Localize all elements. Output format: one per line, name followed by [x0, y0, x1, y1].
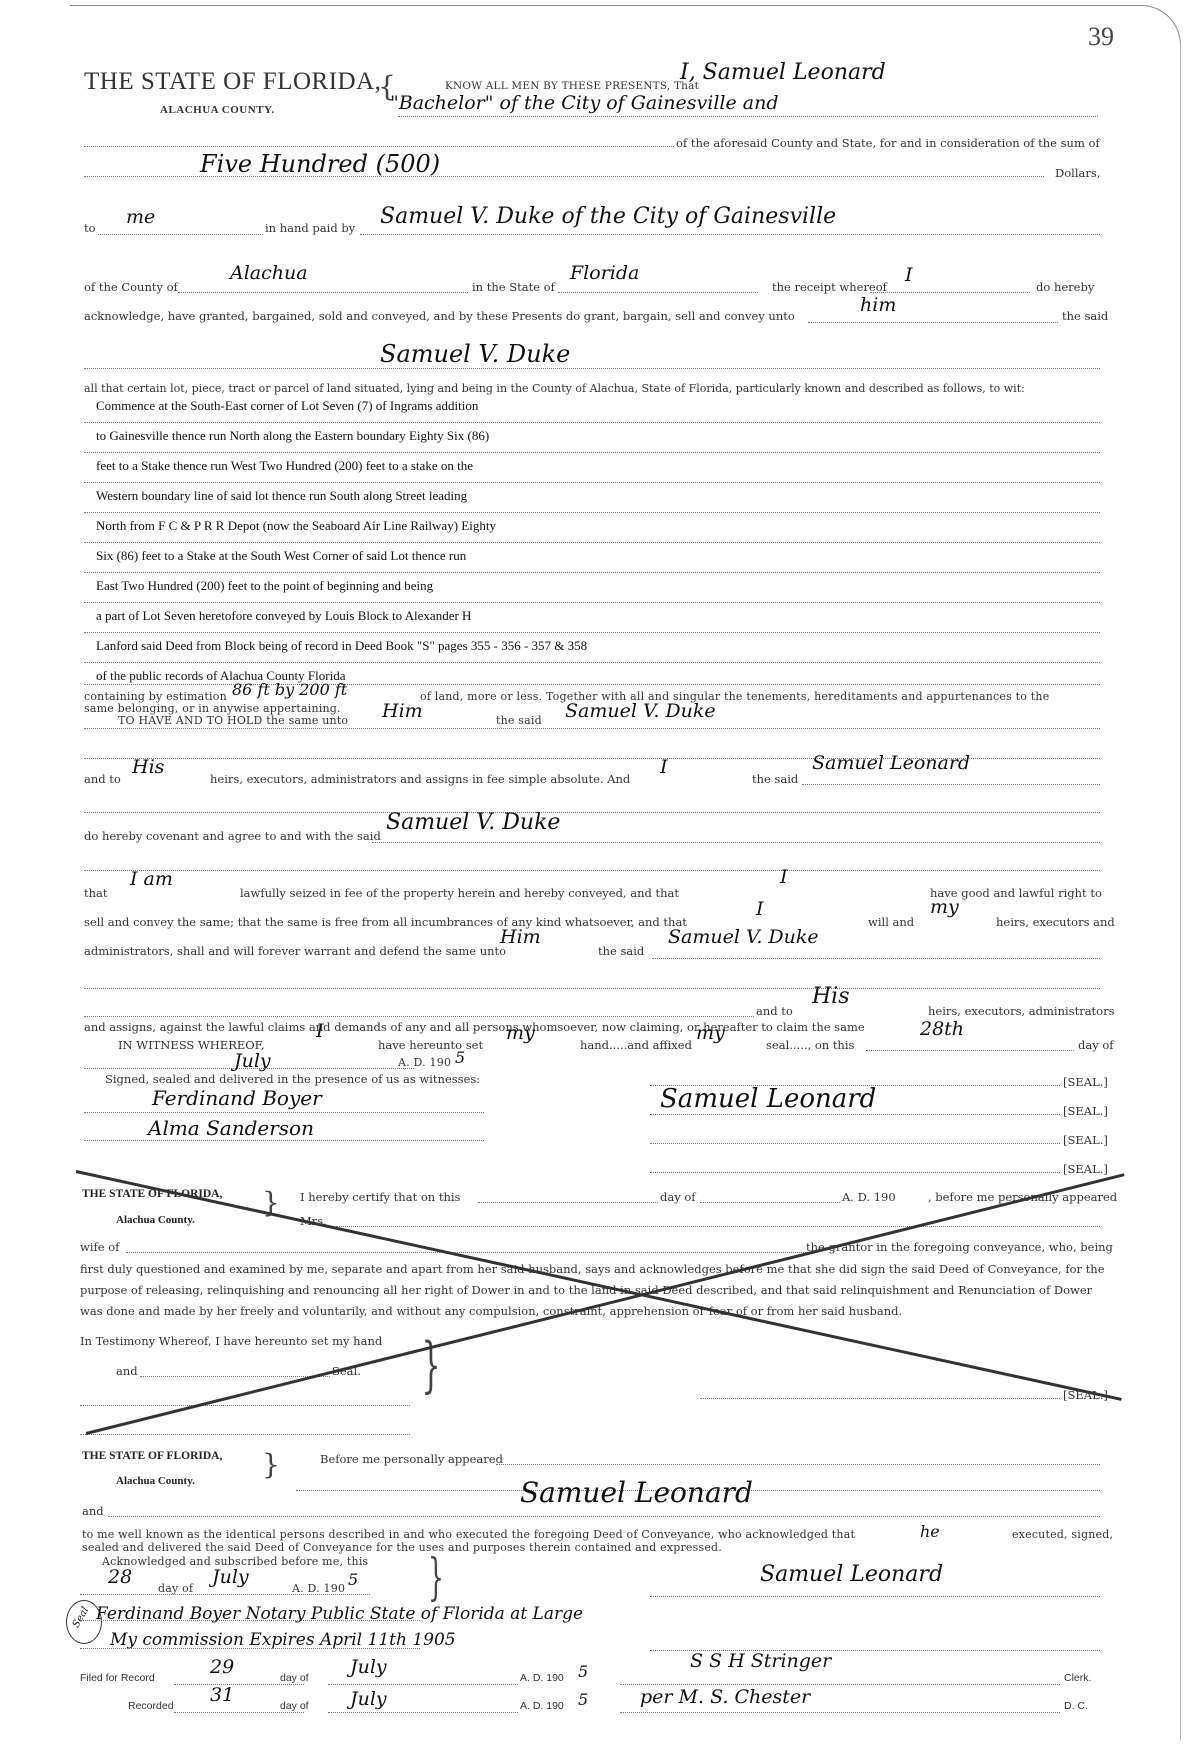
county-title: ALACHUA COUNTY.	[160, 104, 275, 116]
seal-label: [SEAL.]	[1063, 1133, 1108, 1147]
habendum-value: Him	[382, 700, 423, 722]
habendum-name: Samuel V. Duke	[565, 700, 716, 722]
seized-that-value: I am	[130, 868, 173, 890]
page-number: 39	[1088, 22, 1114, 52]
payer-value: Samuel V. Duke of the City of Gainesvill…	[380, 204, 836, 229]
legal-line: East Two Hundred (200) feet to the point…	[96, 578, 433, 594]
witness-signature-2: Alma Sanderson	[148, 1116, 314, 1140]
heirs-and-value: I	[660, 756, 668, 778]
legal-line: to Gainesville thence run North along th…	[96, 428, 489, 444]
heirs-and-to-value: His	[132, 756, 164, 778]
recorded-year-value: 5	[578, 1690, 588, 1709]
ack-day-value: 28	[108, 1566, 132, 1588]
grantee-value: Samuel V. Duke	[380, 340, 570, 368]
deed-page: 39 THE STATE OF FLORIDA, ALACHUA COUNTY.…	[0, 0, 1200, 1745]
seal-label: [SEAL.]	[1063, 1075, 1108, 1089]
legal-line: a part of Lot Seven heretofore conveyed …	[96, 608, 471, 624]
unto-value: him	[860, 294, 896, 316]
filed-day-value: 29	[210, 1656, 234, 1678]
recorded-month-value: July	[350, 1688, 387, 1710]
grantor-name: I, Samuel Leonard	[680, 60, 886, 85]
recorded-day-value: 31	[210, 1684, 234, 1706]
witness-my1: my	[506, 1022, 535, 1044]
page-border-right	[1180, 40, 1181, 1740]
page-border-top	[70, 5, 1100, 6]
ack-year-value: 5	[348, 1570, 358, 1589]
legal-line: North from F C & P R R Depot (now the Se…	[96, 518, 496, 534]
legal-line: Western boundary line of said lot thence…	[96, 488, 467, 504]
consideration-text: of the aforesaid County and State, for a…	[676, 136, 1100, 150]
grantor-description: "Bachelor" of the City of Gainesville an…	[390, 92, 779, 114]
witness-signature-1: Ferdinand Boyer	[152, 1086, 322, 1110]
description-intro: all that certain lot, piece, tract or pa…	[84, 382, 1025, 395]
notary-line: Ferdinand Boyer Notary Public State of F…	[96, 1604, 583, 1624]
clerk-value: S S H Stringer	[690, 1650, 831, 1672]
filed-month-value: July	[350, 1656, 387, 1678]
brace: }	[262, 1448, 280, 1481]
seal-label: [SEAL.]	[1063, 1162, 1108, 1176]
warrant-unto-value: Him	[500, 926, 541, 948]
legal-line: feet to a Stake thence run West Two Hund…	[96, 458, 473, 474]
warrant-said-value: Samuel V. Duke	[668, 926, 819, 948]
witness-who-value: I	[316, 1020, 324, 1042]
witness-day-value: 28th	[920, 1018, 964, 1040]
witness-year-value: 5	[455, 1048, 465, 1067]
seized-that2-value: I	[780, 866, 788, 888]
paid-to-value: me	[126, 206, 155, 228]
ack-signature: Samuel Leonard	[760, 1562, 943, 1587]
containing-tail: of land, more or less. Together with all…	[420, 690, 1049, 703]
grantor-signature: Samuel Leonard	[660, 1084, 876, 1114]
brace: }	[428, 1548, 444, 1606]
ack-month-value: July	[212, 1566, 249, 1588]
covenant-value: Samuel V. Duke	[386, 810, 560, 835]
legal-line: Six (86) feet to a Stake at the South We…	[96, 548, 466, 564]
witness-my2: my	[696, 1022, 725, 1044]
consideration-amount: Five Hundred (500)	[200, 150, 440, 178]
state-title: THE STATE OF FLORIDA,	[84, 68, 381, 96]
receipt-value: I	[905, 264, 913, 286]
heirs-said-value: Samuel Leonard	[812, 752, 970, 774]
acknowledgment-he-value: he	[920, 1522, 940, 1541]
assigns-and-to-value: His	[812, 984, 850, 1009]
dollars-label: Dollars,	[1055, 166, 1100, 180]
acknowledgment-appeared-value: Samuel Leonard	[520, 1476, 753, 1509]
seal-label: [SEAL.]	[1063, 1104, 1108, 1118]
brace: }	[422, 1330, 441, 1400]
incumbrances-value2: my	[930, 896, 959, 918]
state-value: Florida	[570, 262, 639, 284]
incumbrances-value1: I	[756, 898, 764, 920]
legal-line: Lanford said Deed from Block being of re…	[96, 638, 587, 654]
county-value: Alachua	[230, 262, 308, 284]
estimation-value: 86 ft by 200 ft	[232, 680, 347, 699]
know-all-men: KNOW ALL MEN BY THESE PRESENTS, That	[445, 80, 699, 92]
filed-year-value: 5	[578, 1662, 588, 1681]
deputy-clerk-value: per M. S. Chester	[640, 1686, 810, 1708]
commission-line: My commission Expires April 11th 1905	[110, 1630, 456, 1650]
legal-line: Commence at the South-East corner of Lot…	[96, 398, 478, 414]
grant-text: acknowledge, have granted, bargained, so…	[84, 309, 795, 323]
